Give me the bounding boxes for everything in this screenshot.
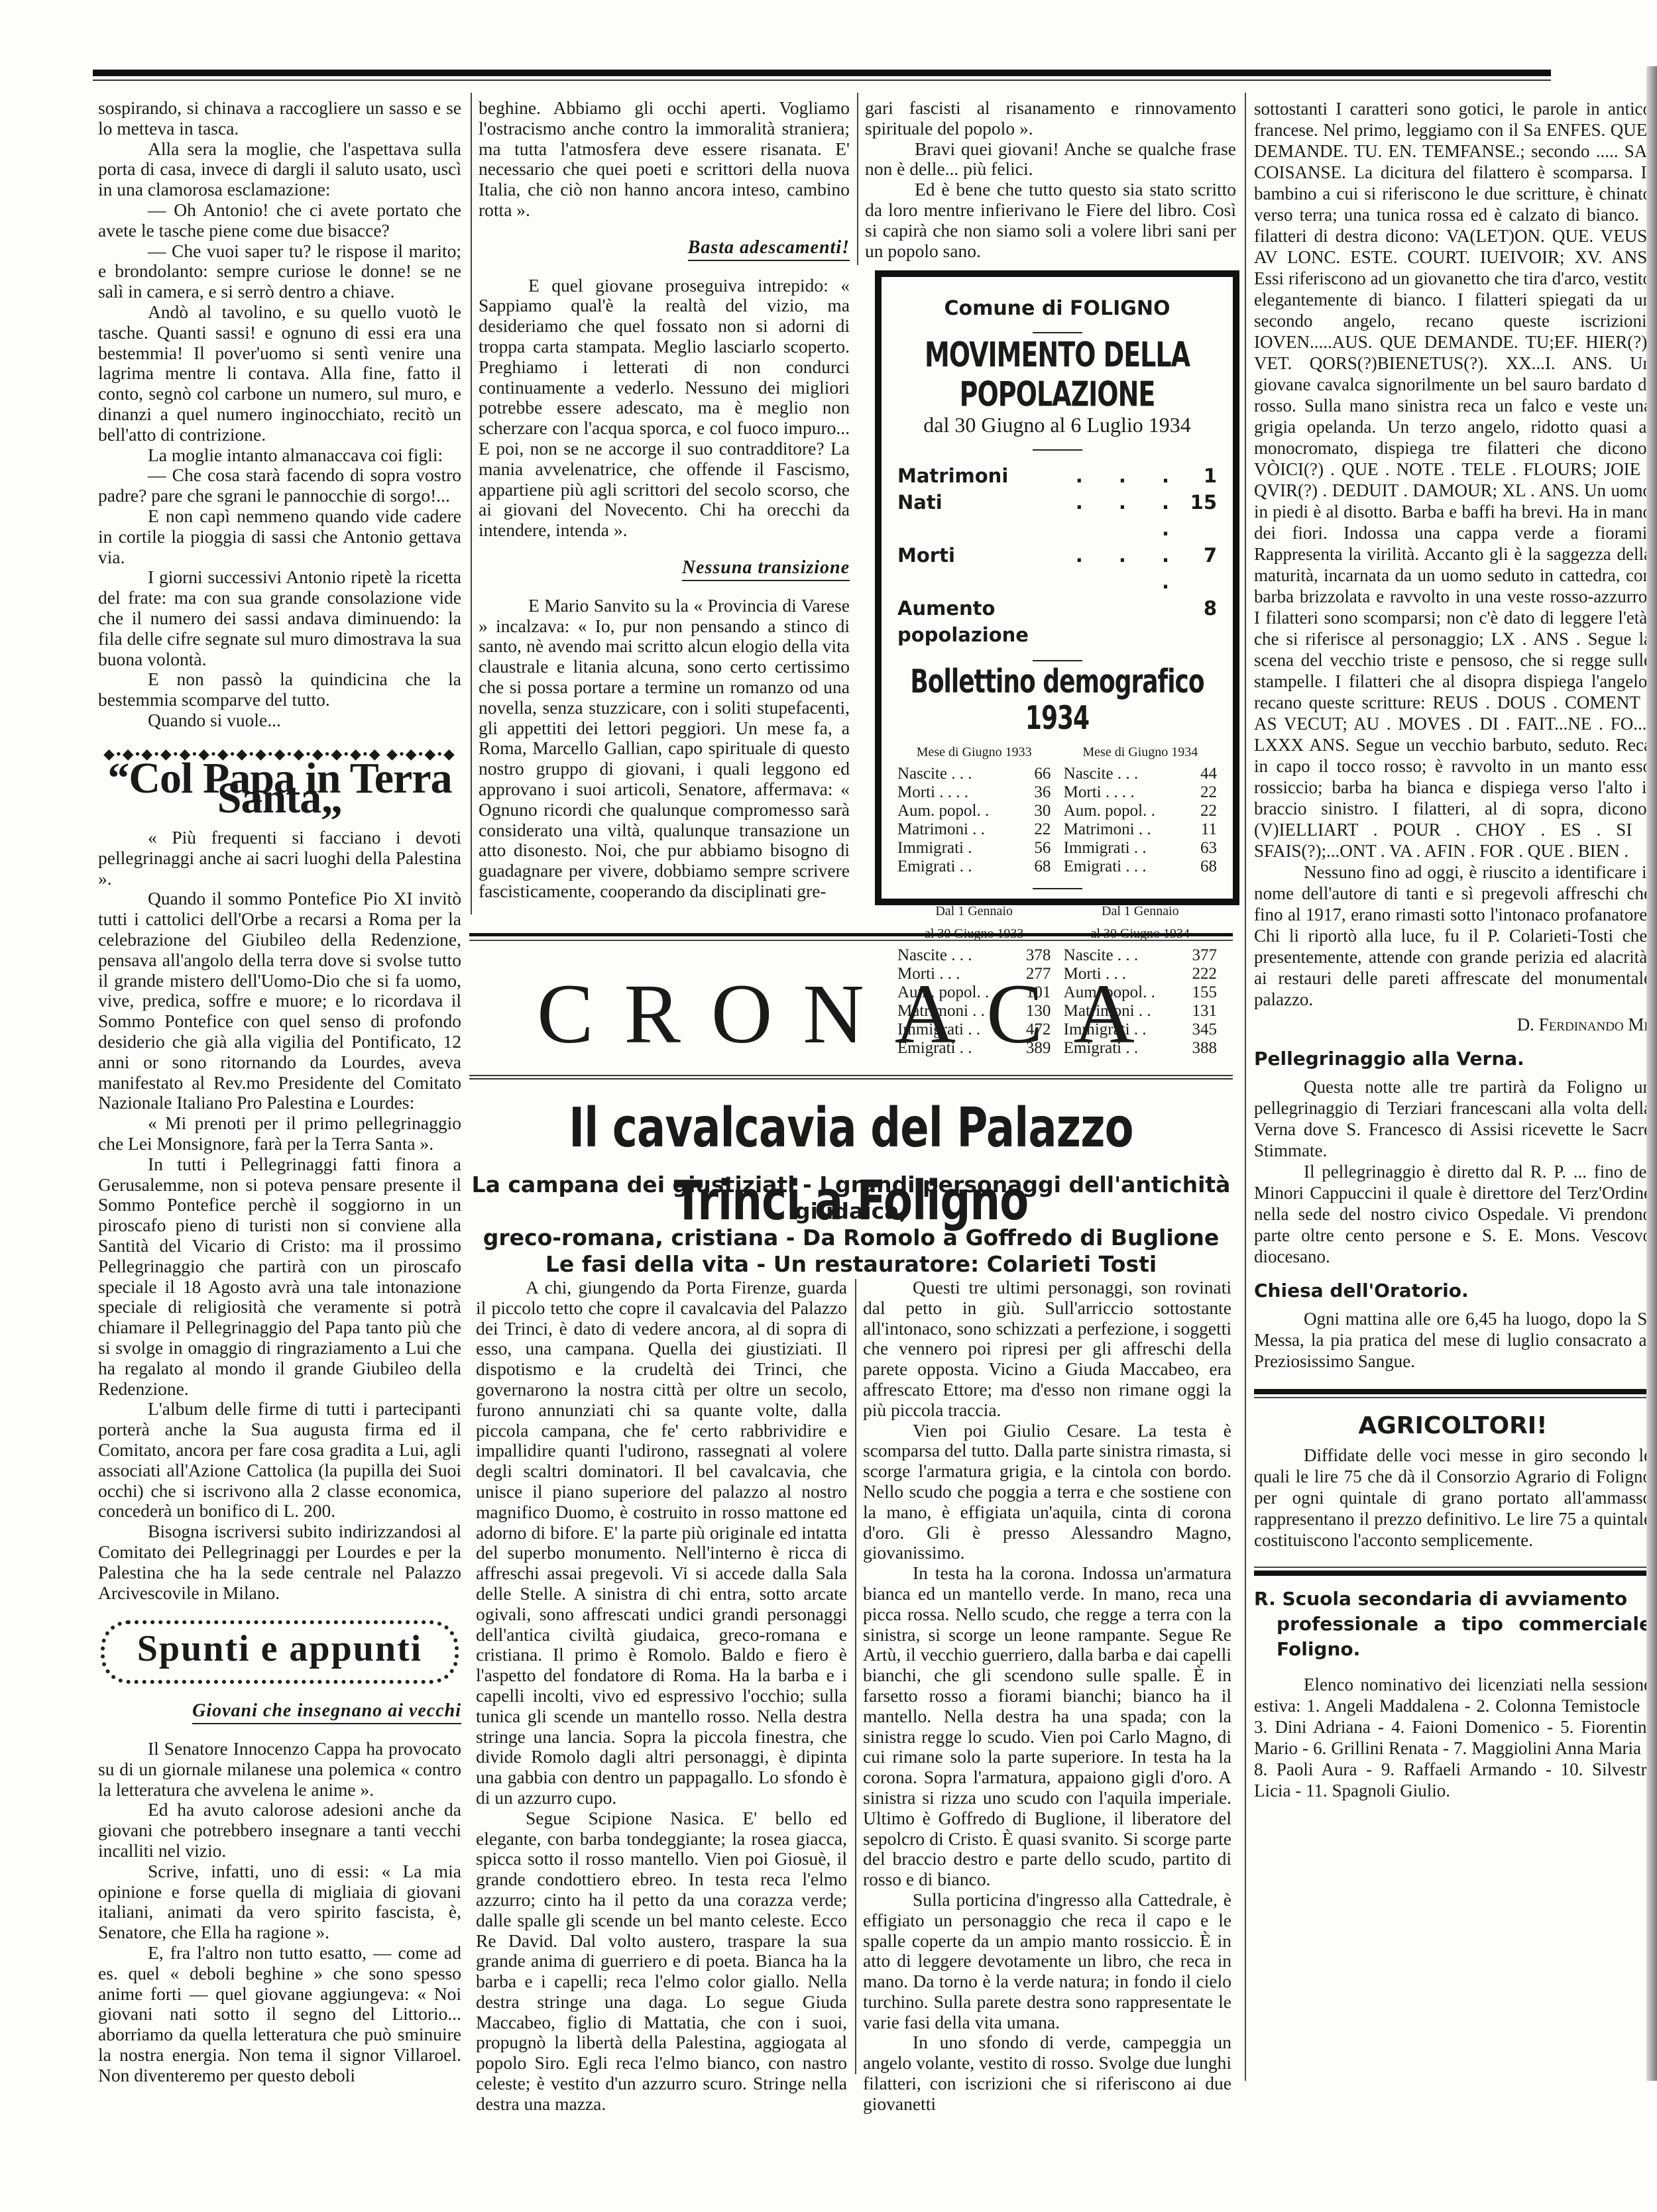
article-paragraph: E Mario Sanvito su la « Provincia di Var… bbox=[479, 596, 850, 902]
article-paragraph: Vien poi Giulio Cesare. La testa è scomp… bbox=[863, 1421, 1231, 1564]
stat-row: Morti. . . .7 bbox=[897, 542, 1217, 595]
article-paragraph: Ogni mattina alle ore 6,45 ha luogo, dop… bbox=[1254, 1308, 1652, 1372]
spunti-banner: Spunti e appunti bbox=[101, 1620, 459, 1684]
subheading: Basta adescamenti! bbox=[688, 238, 850, 261]
article-paragraph: Questa notte alle tre partirà da Foligno… bbox=[1254, 1076, 1652, 1161]
table-caption: Mese di Giugno 1934 bbox=[1064, 742, 1217, 762]
article-paragraph: Bravi quei giovani! Anche se qualche fra… bbox=[865, 139, 1236, 180]
article-paragraph: E quel giovane proseguiva intrepido: « S… bbox=[479, 276, 850, 541]
section-rule bbox=[469, 940, 1233, 941]
headline-deck: La campana dei giustiziati - I grandi pe… bbox=[469, 1172, 1233, 1278]
news-heading: Pellegrinaggio alla Verna. bbox=[1254, 1048, 1652, 1070]
article-paragraph: Bisogna iscriversi subito indirizzandosi… bbox=[98, 1521, 461, 1603]
column-divider bbox=[855, 1279, 856, 2074]
table-row: Immigrati . .63 bbox=[1064, 839, 1217, 857]
table-row: Aum. popol. .22 bbox=[1064, 802, 1217, 820]
story-paragraph: — Che vuoi saper tu? le rispose il marit… bbox=[98, 241, 461, 302]
story-paragraph: I giorni successivi Antonio ripetè la ri… bbox=[98, 567, 461, 669]
article-paragraph: Ed ha avuto calorose adesioni anche da g… bbox=[98, 1800, 461, 1861]
table-row: Emigrati . . .68 bbox=[1064, 857, 1217, 876]
article-paragraph: gari fascisti al risanamento e rinnovame… bbox=[865, 98, 1236, 139]
deck-line: La campana dei giustiziati - I grandi pe… bbox=[469, 1172, 1233, 1225]
stat-row: Aumento popolazione8 bbox=[897, 595, 1217, 648]
article-paragraph: A chi, giungendo da Porta Firenze, guard… bbox=[476, 1278, 847, 1808]
table-row: Nascite . . .44 bbox=[1064, 765, 1217, 783]
table-row: Emigrati . .68 bbox=[897, 857, 1051, 876]
article-paragraph: In uno sfondo di verde, campeggia un ang… bbox=[863, 2032, 1231, 2114]
article-paragraph: In tutti i Pellegrinaggi fatti finora a … bbox=[98, 1154, 461, 1400]
news-heading: Chiesa dell'Oratorio. bbox=[1254, 1280, 1652, 1301]
article-paragraph: In testa ha la corona. Indossa un'armatu… bbox=[863, 1563, 1231, 1890]
section-title-cronaca: CRONACA bbox=[469, 968, 1233, 1060]
section-rule bbox=[469, 1078, 1233, 1079]
article-paragraph: Segue Scipione Nasica. E' bello ed elega… bbox=[476, 1808, 847, 2115]
article-paragraph: L'album delle firme di tutti i partecipa… bbox=[98, 1399, 461, 1521]
stat-row: Matrimoni. . .1 bbox=[897, 463, 1217, 489]
table-row: Nascite . . .66 bbox=[897, 765, 1051, 783]
article-paragraph: Il Senatore Innocenzo Cappa ha provocato… bbox=[98, 1739, 461, 1800]
article-paragraph: Ed è bene che tutto questo sia stato scr… bbox=[865, 180, 1236, 261]
story-paragraph: E non passò la quindicina che la bestemm… bbox=[98, 669, 461, 710]
subheading: Giovani che insegnano ai vecchi bbox=[192, 1701, 461, 1724]
article-paragraph: Il pellegrinaggio è diretto dal R. P. ..… bbox=[1254, 1161, 1652, 1267]
column-4: sottostanti I caratteri sono gotici, le … bbox=[1254, 98, 1652, 1801]
article-paragraph: E, fra l'altro non tutto esatto, — come … bbox=[98, 1943, 461, 2086]
table-row: Matrimoni . .11 bbox=[1064, 820, 1217, 839]
article-paragraph: beghine. Abbiamo gli occhi aperti. Vogli… bbox=[479, 98, 850, 221]
article-paragraph: sottostanti I caratteri sono gotici, le … bbox=[1254, 98, 1652, 861]
article-paragraph: Nessuno fino ad oggi, è riuscito a ident… bbox=[1254, 861, 1652, 1010]
table-row: Morti . . . .36 bbox=[897, 783, 1051, 802]
demographic-box: Comune di FOLIGNO MOVIMENTO DELLA POPOLA… bbox=[875, 270, 1239, 905]
table-row: Morti . . . .22 bbox=[1064, 783, 1217, 802]
notice-body: Diffidate delle voci messe in giro secon… bbox=[1254, 1445, 1652, 1551]
author-signature: D. Ferdinando Me bbox=[1254, 1014, 1652, 1035]
subheading: Nessuna transizione bbox=[682, 558, 850, 581]
newspaper-page: sospirando, si chinava a raccogliere un … bbox=[0, 0, 1657, 2212]
stat-row: Nati. . . .15 bbox=[897, 489, 1217, 542]
top-rule-thin bbox=[93, 80, 1551, 81]
separator bbox=[1033, 660, 1082, 661]
column-divider bbox=[857, 93, 858, 265]
section-rule bbox=[1254, 1389, 1652, 1394]
article-title-papa: “Col Papa in Terra Santa„ bbox=[98, 769, 461, 810]
story-paragraph: Alla sera la moglie, che l'aspettava sul… bbox=[98, 139, 461, 200]
story-paragraph: E non capì nemmeno quando vide cadere in… bbox=[98, 506, 461, 567]
article-paragraph: Scrive, infatti, uno di essi: « La mia o… bbox=[98, 1861, 461, 1943]
separator bbox=[1033, 332, 1082, 333]
page-edge-shadow bbox=[1646, 66, 1657, 2081]
spunti-title: Spunti e appunti bbox=[137, 1628, 422, 1669]
separator bbox=[1033, 449, 1082, 451]
story-paragraph: — Che cosa starà facendo di sopra vostro… bbox=[98, 465, 461, 506]
article-paragraph: « Più frequenti si facciano i devoti pel… bbox=[98, 828, 461, 889]
section-rule bbox=[1254, 1567, 1652, 1568]
deck-line: Le fasi della vita - Un restauratore: Co… bbox=[469, 1251, 1233, 1278]
story-paragraph: Andò al tavolino, e su quello vuotò le t… bbox=[98, 302, 461, 445]
cronaca-column-b: Questi tre ultimi personaggi, son rovina… bbox=[863, 1278, 1231, 2115]
story-paragraph: Quando si vuole... bbox=[98, 710, 461, 731]
section-rule bbox=[469, 1075, 1233, 1076]
period-label: dal 30 Giugno al 6 Luglio 1934 bbox=[897, 413, 1217, 437]
story-paragraph: La moglie intanto almanaccava coi figli: bbox=[98, 445, 461, 466]
school-heading: R. Scuola secondaria di avviamento profe… bbox=[1254, 1586, 1652, 1662]
table-row: Nascite . . .378 bbox=[897, 946, 1051, 965]
article-paragraph: « Mi prenoti per il primo pellegrinaggio… bbox=[98, 1113, 461, 1154]
section-rule bbox=[469, 933, 1233, 936]
column-divider bbox=[471, 93, 472, 914]
notice-title: AGRICOLTORI! bbox=[1254, 1415, 1652, 1437]
section-rule bbox=[1254, 1397, 1652, 1398]
monthly-table: Mese di Giugno 1933 Nascite . . .66 Mort… bbox=[897, 742, 1217, 876]
table-caption: Dal 1 Gennaio bbox=[897, 901, 1051, 921]
table-row: Matrimoni . .22 bbox=[897, 820, 1051, 839]
top-rule bbox=[93, 70, 1551, 76]
cronaca-column-a: A chi, giungendo da Porta Firenze, guard… bbox=[476, 1278, 847, 2115]
deck-line: greco-romana, cristiana - Da Romolo a Go… bbox=[469, 1225, 1233, 1251]
article-paragraph: Sulla porticina d'ingresso alla Cattedra… bbox=[863, 1890, 1231, 2033]
column-2: beghine. Abbiamo gli occhi aperti. Vogli… bbox=[479, 98, 850, 902]
table-row: Aum. popol. .30 bbox=[897, 802, 1051, 820]
table-row: Nascite . . .377 bbox=[1064, 946, 1217, 965]
table-caption: Mese di Giugno 1933 bbox=[897, 742, 1051, 762]
comune-heading: Comune di FOLIGNO bbox=[897, 297, 1217, 320]
article-paragraph: Quando il sommo Pontefice Pio XI invitò … bbox=[98, 889, 461, 1113]
column-1: sospirando, si chinava a raccogliere un … bbox=[98, 98, 461, 2086]
story-paragraph: sospirando, si chinava a raccogliere un … bbox=[98, 98, 461, 139]
separator bbox=[1033, 888, 1082, 889]
column-3: gari fascisti al risanamento e rinnovame… bbox=[865, 98, 1236, 261]
movement-title: MOVIMENTO DELLA POPOLAZIONE bbox=[897, 335, 1217, 414]
story-paragraph: — Oh Antonio! che ci avete portato che a… bbox=[98, 200, 461, 241]
table-caption: Dal 1 Gennaio bbox=[1064, 901, 1217, 921]
article-paragraph: Questi tre ultimi personaggi, son rovina… bbox=[863, 1278, 1231, 1421]
graduates-list: Elenco nominativo dei licenziati nella s… bbox=[1254, 1674, 1652, 1801]
section-rule bbox=[1254, 1571, 1652, 1576]
bulletin-title: Bollettino demografico 1934 bbox=[897, 664, 1217, 738]
table-row: Immigrati .56 bbox=[897, 839, 1051, 857]
column-divider bbox=[1245, 93, 1246, 2081]
